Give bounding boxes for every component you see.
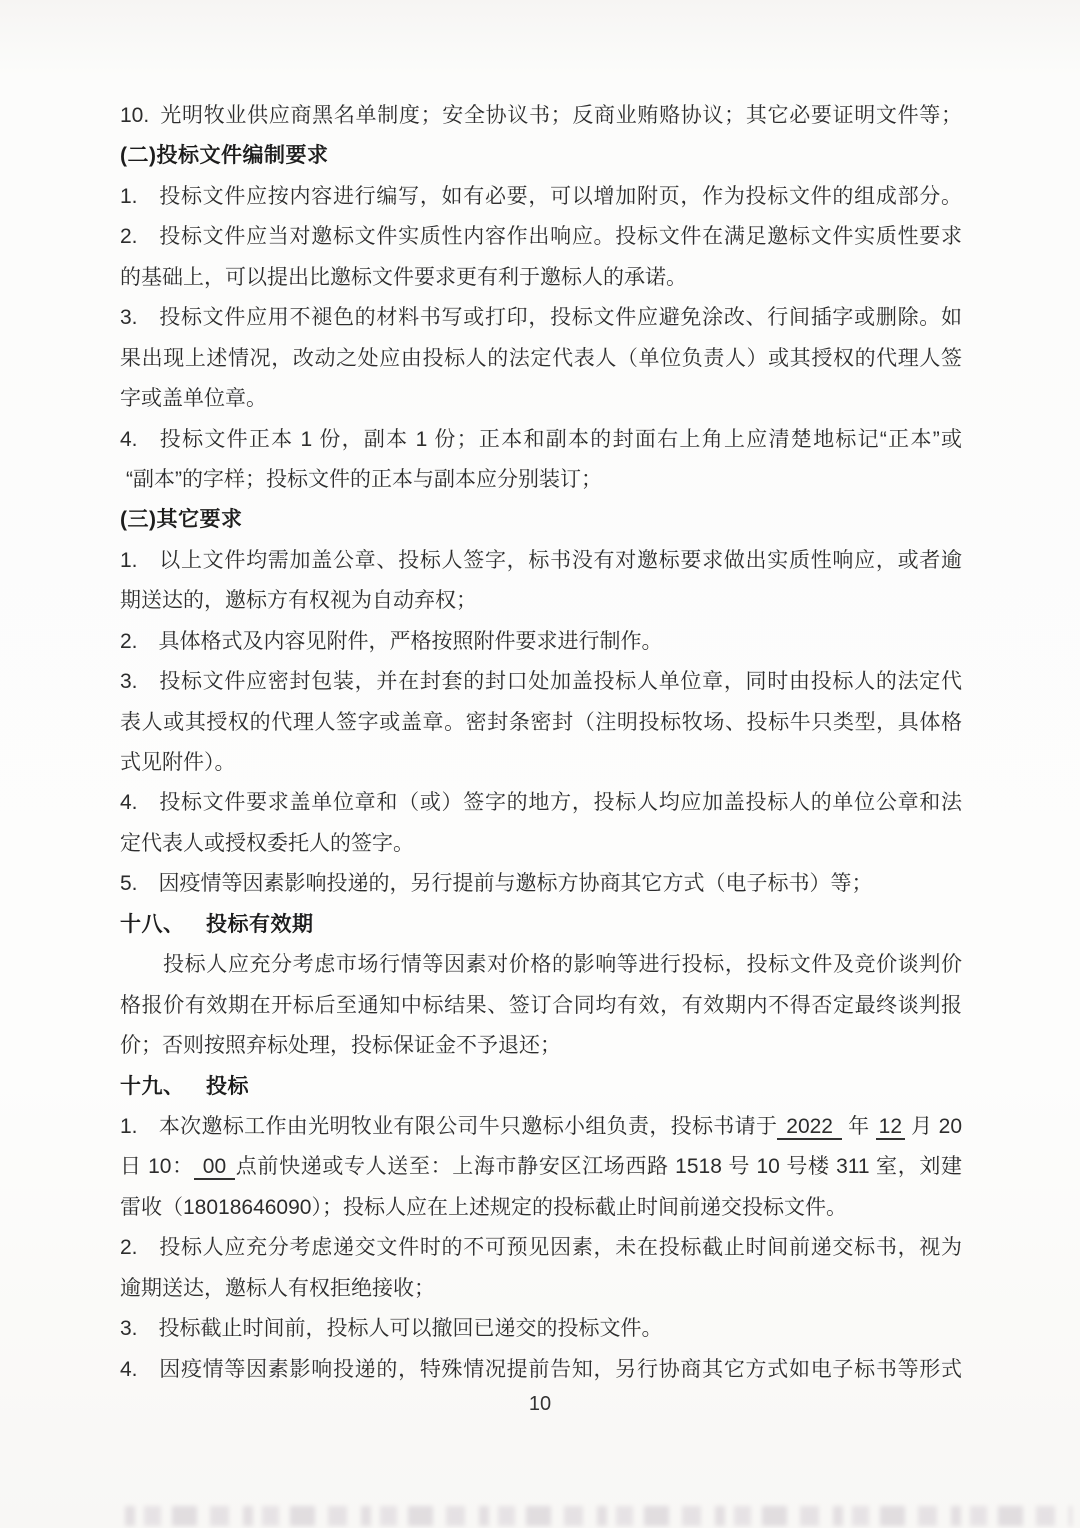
text-line: 1. 以上文件均需加盖公章、投标人签字，标书没有对邀标要求做出实质性响应，或者逾 <box>120 541 962 581</box>
text-line: 式见附件）。 <box>120 743 962 783</box>
text-line: 5. 因疫情等因素影响投递的，另行提前与邀标方协商其它方式（电子标书）等； <box>120 864 962 904</box>
text-line: 2. 投标文件应当对邀标文件实质性内容作出响应。投标文件在满足邀标文件实质性要求 <box>120 217 962 257</box>
underlined-month-value: 12 <box>876 1115 905 1140</box>
text-line: “副本”的字样；投标文件的正本与副本应分别装订； <box>120 460 962 500</box>
text-line: 果出现上述情况，改动之处应由投标人的法定代表人（单位负责人）或其授权的代理人签 <box>120 339 962 379</box>
heading-18-bid-validity-period: 十八、 投标有效期 <box>120 905 962 945</box>
text-line: 3. 投标文件应用不褪色的材料书写或打印，投标文件应避免涂改、行间插字或删除。如 <box>120 298 962 338</box>
text-line: 定代表人或授权委托人的签字。 <box>120 824 962 864</box>
deadline-text: 1. 本次邀标工作由光明牧业有限公司牛只邀标小组负责，投标书请于 <box>120 1115 777 1138</box>
text-line: 4. 因疫情等因素影响投递的，特殊情况提前告知，另行协商其它方式如电子标书等形式 <box>120 1350 962 1390</box>
text-line: 3. 投标文件应密封包装，并在封套的封口处加盖投标人单位章，同时由投标人的法定代 <box>120 662 962 702</box>
deadline-text: 月 20 <box>905 1115 962 1138</box>
text-line: 的基础上，可以提出比邀标文件要求更有利于邀标人的承诺。 <box>120 258 962 298</box>
text-line: 字或盖单位章。 <box>120 379 962 419</box>
text-line: 3. 投标截止时间前，投标人可以撤回已递交的投标文件。 <box>120 1309 962 1349</box>
text-line: 表人或其授权的代理人签字或盖章。密封条密封（注明投标牧场、投标牛只类型，具体格 <box>120 703 962 743</box>
text-line-bid-deadline-time-address: 日 10：00点前快递或专人送至：上海市静安区江场西路 1518 号 10 号楼… <box>120 1147 962 1187</box>
deadline-text: 年 <box>842 1115 876 1138</box>
scan-bleed-through-artifact <box>125 1506 1072 1526</box>
text-line: 4. 投标文件正本 1 份，副本 1 份；正本和副本的封面右上角上应清楚地标记“… <box>120 420 962 460</box>
text-line: 期送达的，邀标方有权视为自动弃权； <box>120 581 962 621</box>
underlined-year-value: 2022 <box>777 1115 842 1140</box>
text-line-bid-deadline-date: 1. 本次邀标工作由光明牧业有限公司牛只邀标小组负责，投标书请于2022 年 1… <box>120 1107 962 1147</box>
deadline-text: 日 10： <box>120 1155 194 1178</box>
heading-section-3-other-requirements: (三)其它要求 <box>120 500 962 540</box>
deadline-text: 点前快递或专人送至：上海市静安区江场西路 1518 号 10 号楼 311 室，… <box>235 1155 962 1178</box>
text-line: 格报价有效期在开标后至通知中标结果、签订合同均有效，有效期内不得否定最终谈判报 <box>120 986 962 1026</box>
heading-19-bidding: 十九、 投标 <box>120 1067 962 1107</box>
text-line: 雷收（18018646090）；投标人应在上述规定的投标截止时间前递交投标文件。 <box>120 1188 962 1228</box>
text-line: 1. 投标文件应按内容进行编写，如有必要，可以增加附页，作为投标文件的组成部分。 <box>120 177 962 217</box>
scanned-document-page: 10. 光明牧业供应商黑名单制度；安全协议书；反商业贿赂协议；其它必要证明文件等… <box>0 0 1080 1528</box>
heading-section-2-preparation-requirements: (二)投标文件编制要求 <box>120 136 962 176</box>
text-line: 2. 投标人应充分考虑递交文件时的不可预见因素，未在投标截止时间前递交标书，视为 <box>120 1228 962 1268</box>
text-line: 10. 光明牧业供应商黑名单制度；安全协议书；反商业贿赂协议；其它必要证明文件等… <box>120 96 962 136</box>
underlined-minutes-value: 00 <box>194 1155 235 1180</box>
text-line: 投标人应充分考虑市场行情等因素对价格的影响等进行投标，投标文件及竞价谈判价 <box>120 945 962 985</box>
page-number: 10 <box>0 1393 1080 1416</box>
text-line: 2. 具体格式及内容见附件，严格按照附件要求进行制作。 <box>120 622 962 662</box>
text-line: 价；否则按照弃标处理，投标保证金不予退还； <box>120 1026 962 1066</box>
text-line: 逾期送达，邀标人有权拒绝接收； <box>120 1269 962 1309</box>
document-content: 10. 光明牧业供应商黑名单制度；安全协议书；反商业贿赂协议；其它必要证明文件等… <box>120 96 962 1390</box>
text-line: 4. 投标文件要求盖单位章和（或）签字的地方，投标人均应加盖投标人的单位公章和法 <box>120 783 962 823</box>
